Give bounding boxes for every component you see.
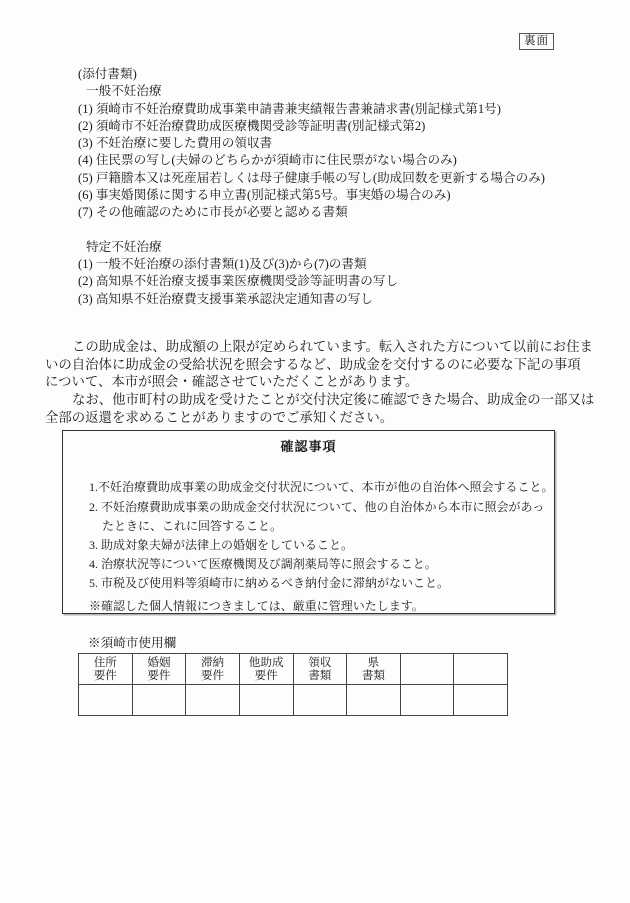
notice-paragraphs: この助成金は、助成額の上限が定められています。転入された方について以前にお住ま …: [45, 338, 585, 427]
office-use-entry-cell: [293, 685, 347, 716]
confirmation-item: 4. 治療状況等について医療機関及び調剤薬局等に照会すること。: [89, 555, 542, 574]
attachment-item: (3) 不妊治療に要した費用の領収書: [78, 135, 585, 152]
confirmation-title: 確認事項: [63, 439, 554, 454]
office-use-entry-cell: [239, 685, 293, 716]
confirmation-item: 2. 不妊治療費助成事業の助成金交付状況について、他の自治体から本市に照会があっ…: [89, 498, 542, 536]
office-use-label: ※須崎市使用欄: [88, 636, 585, 651]
privacy-note: ※確認した個人情報につきましては、厳重に管理いたします。: [63, 597, 554, 616]
attachment-item: (2) 高知県不妊治療支援事業医療機関受診等証明書の写し: [78, 273, 585, 290]
header-line: 他助成: [240, 656, 293, 670]
office-use-header-row: 住所 要件 婚姻 要件 滞納 要件 他助成 要件: [79, 654, 508, 685]
header-line: 書類: [294, 669, 347, 683]
office-use-entry-cell: [186, 685, 240, 716]
confirmation-item-line: 3. 助成対象夫婦が法律上の婚姻をしていること。: [89, 536, 542, 555]
header-line: 書類: [347, 669, 400, 683]
office-use-header-cell: [454, 654, 508, 685]
attachment-item: (1) 一般不妊治療の添付書類(1)及び(3)から(7)の書類: [78, 256, 585, 273]
header-line: 婚姻: [133, 656, 186, 670]
notice-paragraph-line: なお、他市町村の助成を受けたことが交付決定後に確認できた場合、助成金の一部又は: [45, 391, 585, 409]
specific-treatment-block: 特定不妊治療 (1) 一般不妊治療の添付書類(1)及び(3)から(7)の書類 (…: [78, 239, 585, 308]
office-use-entry-cell: [132, 685, 186, 716]
notice-paragraph-line: この助成金は、助成額の上限が定められています。転入された方について以前にお住ま: [45, 338, 585, 356]
notice-paragraph-line: いの自治体に助成金の受給状況を照会するなど、助成金を交付するのに必要な下記の事項: [45, 356, 585, 374]
confirmation-item-line: 5. 市税及び使用料等須崎市に納めるべき納付金に滞納がないこと。: [89, 574, 542, 593]
confirmation-box: 確認事項 1.不妊治療費助成事業の助成金交付状況について、本市が他の自治体へ照会…: [62, 430, 555, 614]
attachment-item: (7) その他確認のために市長が必要と認める書類: [78, 204, 585, 221]
specific-treatment-title: 特定不妊治療: [78, 239, 585, 256]
general-treatment-title: 一般不妊治療: [78, 83, 585, 100]
confirmation-item: 3. 助成対象夫婦が法律上の婚姻をしていること。: [89, 536, 542, 555]
header-line: 住所: [79, 656, 132, 670]
confirmation-item: 1.不妊治療費助成事業の助成金交付状況について、本市が他の自治体へ照会すること。: [89, 478, 542, 497]
office-use-header-cell: 他助成 要件: [239, 654, 293, 685]
header-line: 要件: [133, 669, 186, 683]
confirmation-item: 5. 市税及び使用料等須崎市に納めるべき納付金に滞納がないこと。: [89, 574, 542, 593]
notice-paragraph-line: について、本市が照会・確認させていただくことがあります。: [45, 373, 585, 391]
attachment-item: (4) 住民票の写し(夫婦のどちらかが須崎市に住民票がない場合のみ): [78, 152, 585, 169]
header-line: 要件: [186, 669, 239, 683]
document-page: 裏面 (添付書類) 一般不妊治療 (1) 須崎市不妊治療費助成事業申請書兼実績報…: [0, 0, 630, 903]
header-line: 要件: [79, 669, 132, 683]
header-line: 要件: [240, 669, 293, 683]
header-line: 県: [347, 656, 400, 670]
office-use-entry-cell: [79, 685, 133, 716]
attachment-item: (2) 須崎市不妊治療費助成医療機関受診等証明書(別記様式第2): [78, 118, 585, 135]
header-line: 領収: [294, 656, 347, 670]
office-use-entry-cell: [454, 685, 508, 716]
office-use-table: 住所 要件 婚姻 要件 滞納 要件 他助成 要件: [78, 653, 508, 716]
office-use-entry-row: [79, 685, 508, 716]
attachment-item: (3) 高知県不妊治療費支援事業承認決定通知書の写し: [78, 291, 585, 308]
office-use-header-cell: [400, 654, 454, 685]
attachment-item: (5) 戸籍謄本又は死産届若しくは母子健康手帳の写し(助成回数を更新する場合のみ…: [78, 170, 585, 187]
confirmation-items: 1.不妊治療費助成事業の助成金交付状況について、本市が他の自治体へ照会すること。…: [63, 478, 554, 593]
attachment-item: (6) 事実婚関係に関する申立書(別記様式第5号。事実婚の場合のみ): [78, 187, 585, 204]
page-content: (添付書類) 一般不妊治療 (1) 須崎市不妊治療費助成事業申請書兼実績報告書兼…: [0, 0, 630, 716]
office-use-header-cell: 滞納 要件: [186, 654, 240, 685]
office-use-header-cell: 領収 書類: [293, 654, 347, 685]
confirmation-item-line: 1.不妊治療費助成事業の助成金交付状況について、本市が他の自治体へ照会すること。: [89, 478, 542, 497]
attachments-section: (添付書類) 一般不妊治療 (1) 須崎市不妊治療費助成事業申請書兼実績報告書兼…: [78, 66, 585, 308]
header-line: 滞納: [186, 656, 239, 670]
office-use-header-cell: 県 書類: [347, 654, 401, 685]
office-use-header-cell: 住所 要件: [79, 654, 133, 685]
notice-paragraph-line: 全部の返還を求めることがありますのでご承知ください。: [45, 409, 585, 427]
confirmation-item-line: 2. 不妊治療費助成事業の助成金交付状況について、他の自治体から本市に照会があっ: [89, 498, 542, 517]
office-use-entry-cell: [347, 685, 401, 716]
confirmation-item-line: 4. 治療状況等について医療機関及び調剤薬局等に照会すること。: [89, 555, 542, 574]
office-use-entry-cell: [400, 685, 454, 716]
attachment-item: (1) 須崎市不妊治療費助成事業申請書兼実績報告書兼請求書(別記様式第1号): [78, 101, 585, 118]
confirmation-item-line: たときに、これに回答すること。: [89, 517, 542, 536]
office-use-header-cell: 婚姻 要件: [132, 654, 186, 685]
attachments-heading: (添付書類): [78, 66, 585, 83]
